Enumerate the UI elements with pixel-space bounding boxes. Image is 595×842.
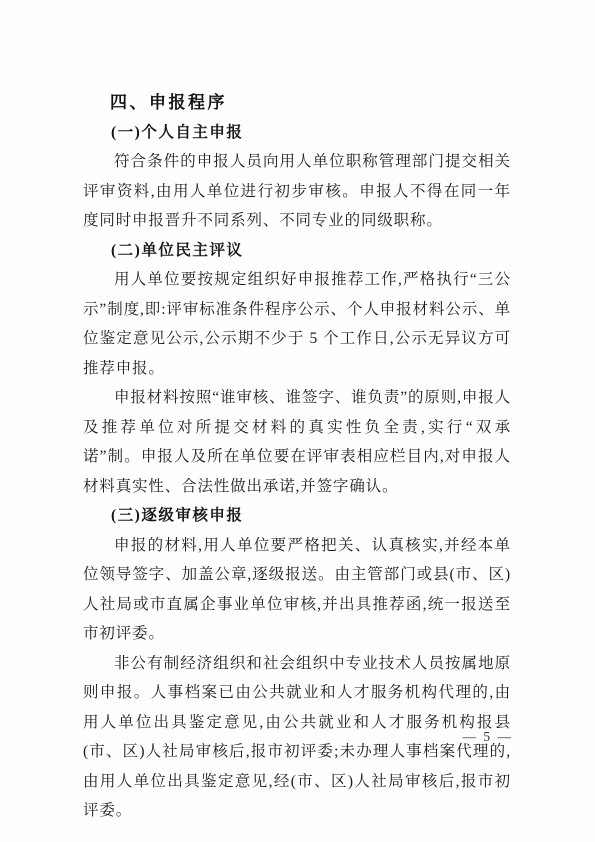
section-title: 四、申报程序 <box>83 88 511 118</box>
paragraph: 符合条件的申报人员向用人单位职称管理部门提交相关评审资料,由用人单位进行初步审核… <box>83 147 511 236</box>
paragraph: 申报材料按照“谁审核、谁签字、谁负责”的原则,申报人及推荐单位对所提交材料的真实… <box>83 383 511 501</box>
paragraph: 申报的材料,用人单位要严格把关、认真核实,并经本单位领导签字、加盖公章,逐级报送… <box>83 531 511 649</box>
subsection-title-2: (二)单位民主评议 <box>83 236 511 266</box>
paragraph: 非公有制经济组织和社会组织中专业技术人员按属地原则申报。人事档案已由公共就业和人… <box>83 649 511 826</box>
paragraph: 用人单位要按规定组织好申报推荐工作,严格执行“三公示”制度,即:评审标准条件程序… <box>83 265 511 383</box>
page-number: — 5 — <box>463 729 514 745</box>
subsection-title-1: (一)个人自主申报 <box>83 118 511 148</box>
document-page: 四、申报程序 (一)个人自主申报 符合条件的申报人员向用人单位职称管理部门提交相… <box>0 0 595 842</box>
document-content: 四、申报程序 (一)个人自主申报 符合条件的申报人员向用人单位职称管理部门提交相… <box>83 88 511 826</box>
subsection-title-3: (三)逐级审核申报 <box>83 501 511 531</box>
